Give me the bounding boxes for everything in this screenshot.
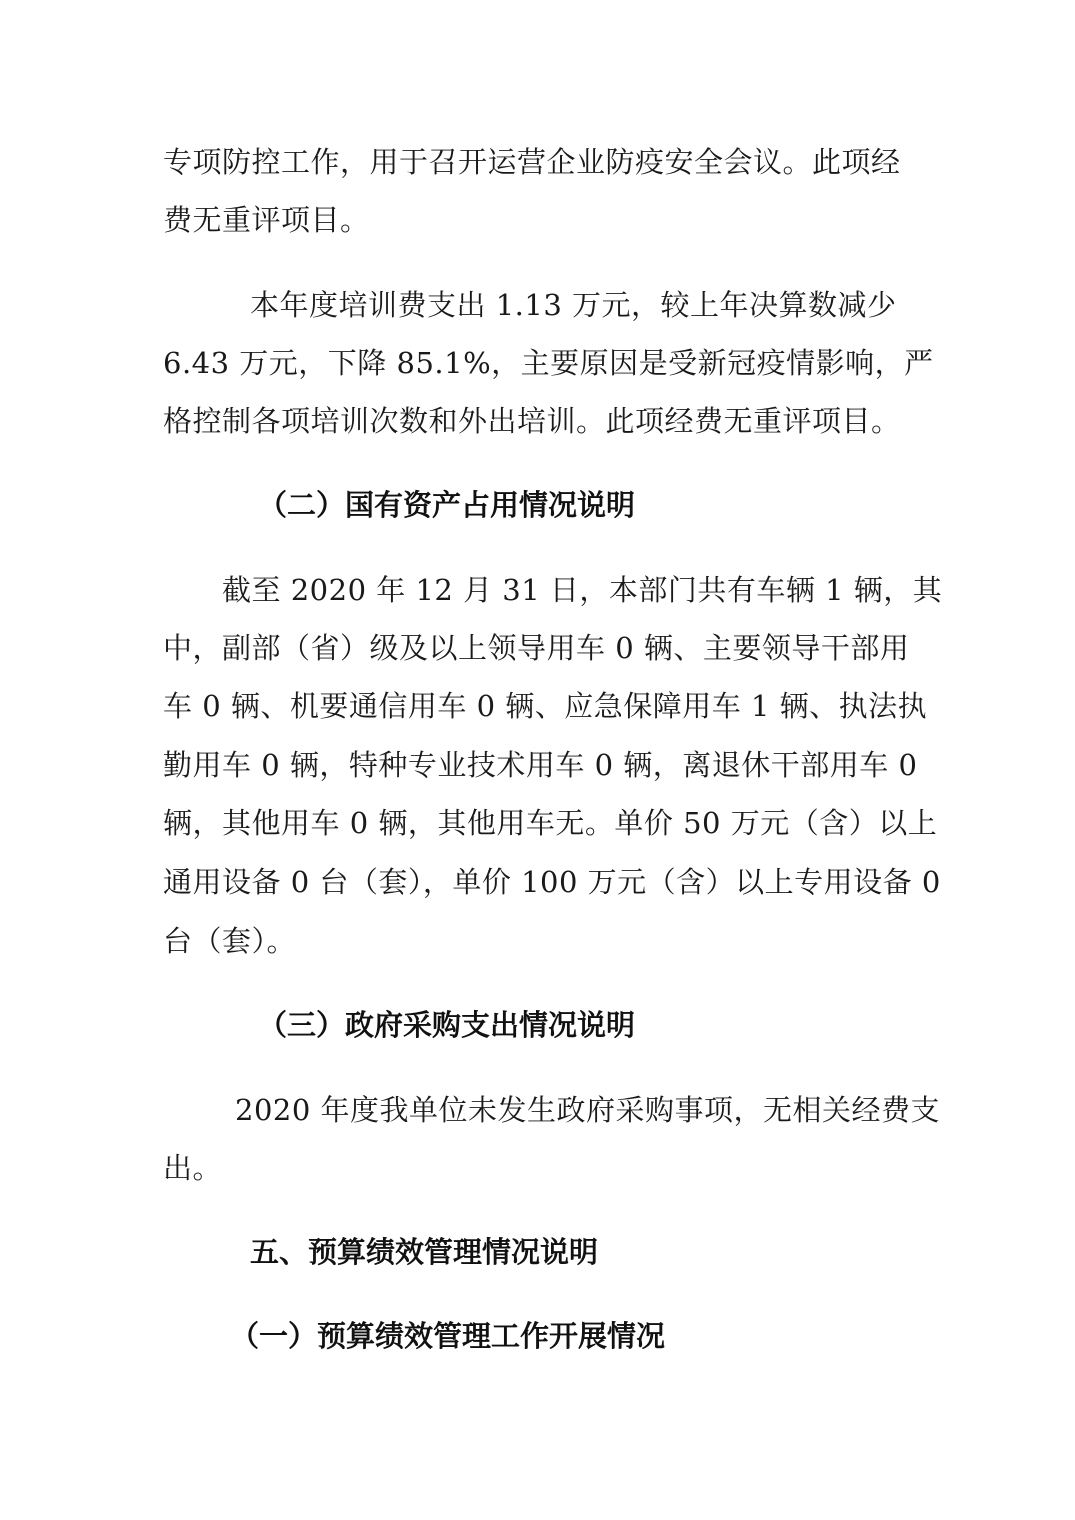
- section-heading-budget-performance: 五、预算绩效管理情况说明: [250, 1234, 598, 1270]
- paragraph-line: 车 0 辆、机要通信用车 0 辆、应急保障用车 1 辆、执法执: [163, 688, 927, 724]
- paragraph-line: 格控制各项培训次数和外出培训。此项经费无重评项目。: [163, 403, 901, 439]
- subsection-heading-performance-work: （一）预算绩效管理工作开展情况: [230, 1318, 665, 1354]
- paragraph-line: 台（套）。: [163, 923, 296, 959]
- paragraph-line: 6.43 万元，下降 85.1%，主要原因是受新冠疫情影响，严: [163, 345, 934, 381]
- document-page: 专项防控工作，用于召开运营企业防疫安全会议。此项经 费无重评项目。 本年度培训费…: [0, 0, 1075, 1520]
- paragraph-line: 专项防控工作，用于召开运营企业防疫安全会议。此项经: [163, 144, 901, 180]
- paragraph-line: 通用设备 0 台（套），单价 100 万元（含）以上专用设备 0: [163, 864, 941, 900]
- paragraph-line: 辆，其他用车 0 辆，其他用车无。单价 50 万元（含）以上: [163, 805, 937, 841]
- paragraph-line: 出。: [163, 1150, 222, 1186]
- section-heading-procurement: （三）政府采购支出情况说明: [258, 1007, 635, 1043]
- section-heading-state-assets: （二）国有资产占用情况说明: [258, 487, 635, 523]
- paragraph-line: 勤用车 0 辆，特种专业技术用车 0 辆，离退休干部用车 0: [163, 747, 917, 783]
- paragraph-line: 中，副部（省）级及以上领导用车 0 辆、主要领导干部用: [163, 630, 909, 666]
- paragraph-line: 截至 2020 年 12 月 31 日，本部门共有车辆 1 辆，其: [222, 572, 942, 608]
- paragraph-line: 本年度培训费支出 1.13 万元，较上年决算数减少: [250, 287, 897, 323]
- paragraph-line: 2020 年度我单位未发生政府采购事项，无相关经费支: [235, 1092, 940, 1128]
- paragraph-line: 费无重评项目。: [163, 202, 370, 238]
